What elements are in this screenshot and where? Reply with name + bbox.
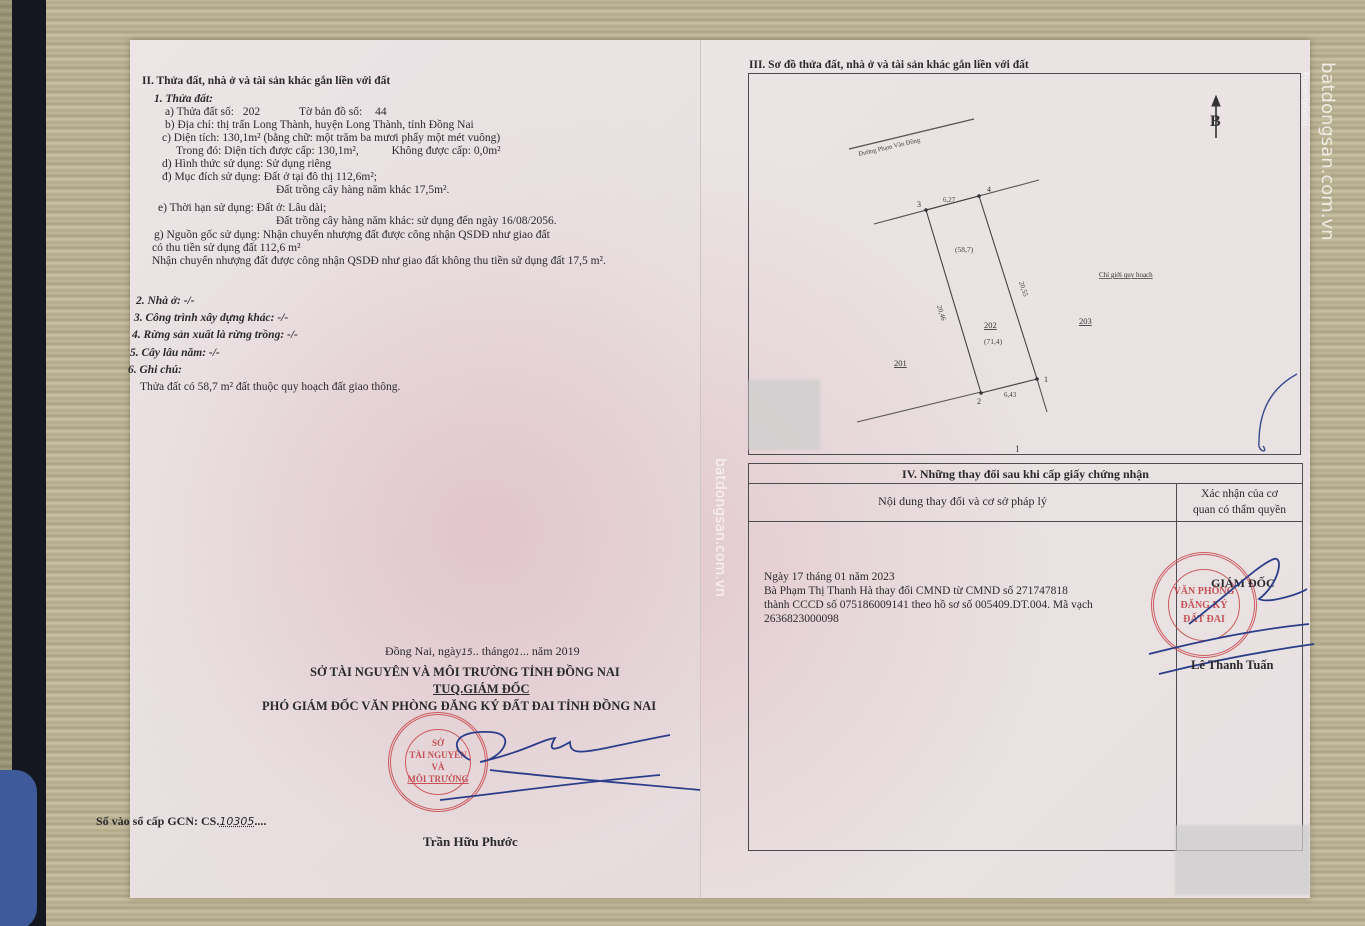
parcel-number-label: a) Thửa đất số: (165, 106, 234, 118)
signer-name-left: Trần Hữu Phước (423, 835, 518, 849)
svg-text:201: 201 (894, 358, 907, 368)
signature-right (1109, 554, 1309, 674)
usage-form: d) Hình thức sử dụng: Sử dụng riêng (162, 157, 331, 171)
col-confirm-line1: Xác nhận của cơ (1177, 486, 1302, 502)
usage-origin-2: có thu tiền sử dụng đất 112,6 m² (152, 241, 301, 255)
item3-construction: 3. Công trình xây dựng khác: -/- (134, 311, 288, 325)
item4-forest: 4. Rừng sản xuất là rừng trồng: -/- (132, 328, 298, 342)
usage-term-2: Đất trồng cây hàng năm khác: sử dụng đến… (276, 214, 557, 228)
svg-text:203: 203 (1079, 316, 1092, 326)
parcel-diagram: B Đường Phạm Văn Đồng 3 4 6,27 1 2 6 (749, 74, 1302, 456)
issue-date: Đồng Nai, ngày15.. tháng01... năm 2019 (385, 644, 580, 660)
usage-origin-3: Nhận chuyển nhượng đất được công nhận QS… (152, 254, 606, 268)
item5-perennial: 5. Cây lâu năm: -/- (130, 346, 220, 360)
center-watermark: batdongsan.com.vn (712, 458, 728, 597)
change-line-3: 2636823000098 (764, 612, 839, 626)
blue-overlay-tab (0, 770, 37, 926)
change-date: Ngày 17 tháng 01 năm 2023 (764, 570, 895, 584)
svg-text:202: 202 (984, 320, 997, 330)
registry-value: 10305 (219, 815, 254, 828)
registry-label: Số vào sổ cấp GCN: CS. (96, 814, 219, 828)
map-sheet-value: 44 (375, 106, 387, 118)
tuq-director: TUQ.GIÁM ĐỐC (433, 682, 530, 696)
date-prefix: Đồng Nai, ngày (385, 644, 461, 658)
section-iii-title: III. Sơ đồ thửa đất, nhà ở và tài sản kh… (749, 58, 1029, 72)
item2-house: 2. Nhà ở: -/- (136, 294, 195, 308)
changes-header-row: Nội dung thay đổi và cơ sở pháp lý Xác n… (749, 484, 1302, 522)
address: b) Địa chỉ: thị trấn Long Thành, huyện L… (165, 118, 474, 132)
area-detail: Trong đó: Diện tích được cấp: 130,1m², K… (176, 144, 501, 158)
area: c) Diện tích: 130,1m² (bằng chữ: một tră… (162, 131, 500, 145)
svg-text:4: 4 (987, 185, 991, 194)
change-line-2: thành CCCD số 075186009141 theo hồ sơ số… (764, 598, 1093, 612)
usage-purpose: đ) Mục đích sử dụng: Đất ở tại đô thị 11… (162, 170, 377, 184)
usage-term: e) Thời hạn sử dụng: Đất ở: Lâu dài; (158, 201, 326, 215)
svg-text:1: 1 (1015, 444, 1020, 454)
svg-text:20,46: 20,46 (935, 304, 948, 322)
side-watermark-sub: PropertyGuru (1301, 72, 1310, 125)
changes-title: IV. Những thay đổi sau khi cấp giấy chứn… (749, 464, 1302, 484)
svg-text:Đường Phạm Văn Đồng: Đường Phạm Văn Đồng (858, 137, 922, 158)
area-granted: Trong đó: Diện tích được cấp: 130,1m², (176, 145, 359, 157)
section-ii-title: II. Thửa đất, nhà ở và tài sản khác gắn … (142, 74, 390, 88)
date-month-label: tháng (482, 644, 509, 658)
issuing-org: SỞ TÀI NGUYÊN VÀ MÔI TRƯỜNG TỈNH ĐỒNG NA… (310, 665, 620, 679)
usage-origin: g) Nguồn gốc sử dụng: Nhận chuyển nhượng… (154, 228, 550, 242)
parcel-number: a) Thửa đất số: 202 Tờ bản đồ số: 44 (165, 105, 387, 119)
date-year: năm 2019 (532, 644, 580, 658)
col-confirm-line2: quan có thẩm quyền (1177, 502, 1302, 518)
svg-text:Chỉ giới quy hoạch: Chỉ giới quy hoạch (1099, 271, 1153, 279)
note-text: Thửa đất có 58,7 m² đất thuộc quy hoạch … (140, 380, 400, 394)
item1-title: 1. Thửa đất: (154, 92, 213, 106)
map-sheet-label: Tờ bản đồ số: (299, 106, 362, 118)
signer-name-right: Lê Thanh Tuấn (1191, 658, 1273, 672)
svg-text:(58,7): (58,7) (955, 245, 974, 254)
registry-number: Số vào sổ cấp GCN: CS.10305.... (96, 814, 266, 829)
right-page: III. Sơ đồ thửa đất, nhà ở và tài sản kh… (700, 40, 1310, 898)
side-watermark: batdongsan.com.vn (1317, 62, 1338, 241)
svg-text:1: 1 (1044, 375, 1048, 384)
parcel-map: B Đường Phạm Văn Đồng 3 4 6,27 1 2 6 (748, 73, 1301, 455)
usage-purpose-2: Đất trồng cây hàng năm khác 17,5m². (276, 183, 449, 197)
svg-text:6,27: 6,27 (943, 196, 956, 204)
land-certificate-document: II. Thửa đất, nhà ở và tài sản khác gắn … (130, 40, 1310, 898)
deputy-title: PHÓ GIÁM ĐỐC VĂN PHÒNG ĐĂNG KÝ ĐẤT ĐAI T… (262, 699, 656, 713)
watermark-blur-patch (748, 380, 820, 450)
col-confirm-header: Xác nhận của cơ quan có thẩm quyền (1177, 486, 1302, 518)
col-content-header: Nội dung thay đổi và cơ sở pháp lý (749, 494, 1176, 509)
svg-text:2: 2 (977, 397, 981, 406)
date-day: 15 (461, 648, 472, 658)
svg-text:(71,4): (71,4) (984, 337, 1003, 346)
left-page: II. Thửa đất, nhà ở và tài sản khác gắn … (130, 40, 700, 898)
north-arrow-icon: B (1210, 96, 1221, 138)
item6-note-title: 6. Ghi chú: (128, 363, 182, 377)
parcel-number-value: 202 (243, 106, 260, 118)
svg-text:6,43: 6,43 (1004, 391, 1017, 399)
signature-left (430, 720, 700, 810)
changes-table: IV. Những thay đổi sau khi cấp giấy chứn… (748, 463, 1303, 851)
date-month: 01 (508, 648, 519, 658)
area-not-granted: Không được cấp: 0,0m² (392, 145, 501, 157)
svg-text:3: 3 (917, 200, 921, 209)
change-line-1: Bà Phạm Thị Thanh Hà thay đổi CMND từ CM… (764, 584, 1068, 598)
svg-text:20,55: 20,55 (1017, 280, 1030, 298)
watermark-blur-patch (1175, 825, 1310, 895)
svg-text:B: B (1210, 113, 1221, 130)
